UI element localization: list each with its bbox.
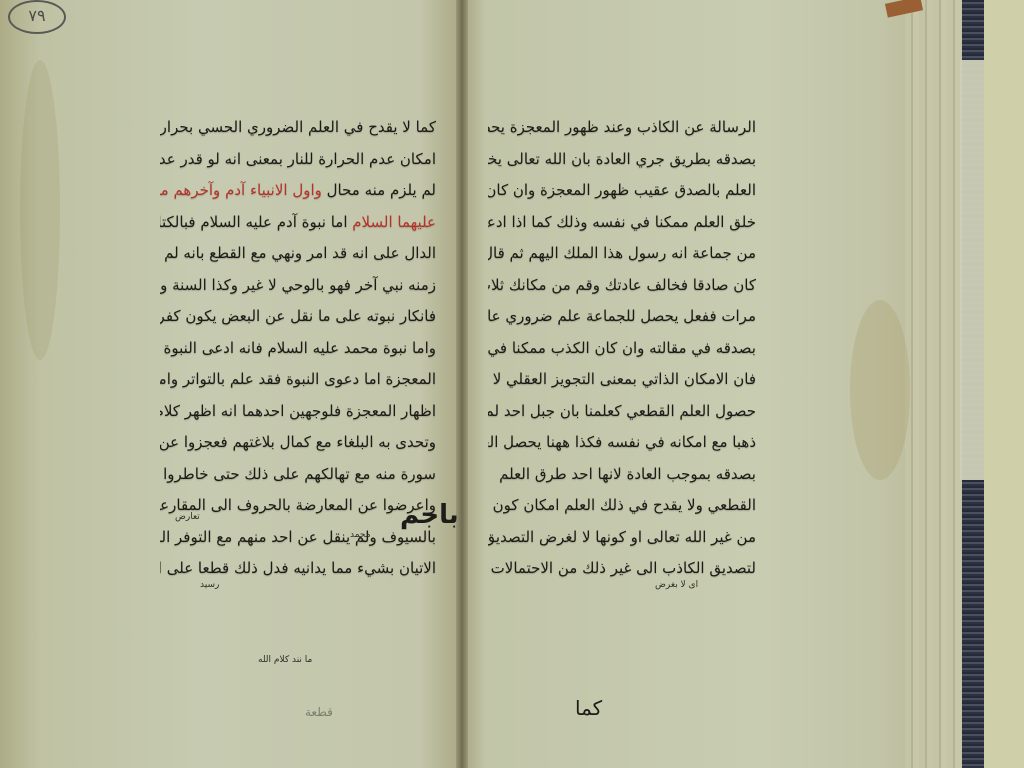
faint-marking: قطعة (305, 705, 333, 719)
marginal-glyph: باجم (400, 500, 459, 530)
text-line: واعرضوا عن المعارضة بالحروف الى المقارعة (160, 490, 436, 522)
manuscript-photo: ٧٩ كما لا يقدح في العلم الضروري الحسي بح… (0, 0, 1024, 768)
back-board (984, 0, 1024, 768)
right-page-text: الرسالة عن الكاذب وعند ظهور المعجزة يحصل… (488, 112, 756, 585)
text-line: بصدقه في مقالته وان كان الكذب ممكنا في ن… (488, 333, 756, 365)
text-line: ذهبا مع امكانه في نفسه فكذا ههنا يحصل ال… (488, 427, 756, 459)
text-line: مرات ففعل يحصل للجماعة علم ضروري عادي (488, 301, 756, 333)
page-edges (905, 0, 965, 768)
left-page-text: كما لا يقدح في العلم الضروري الحسي بحرار… (160, 112, 436, 585)
text-line: القطعي ولا يقدح في ذلك العلم امكان كون ا… (488, 490, 756, 522)
water-stain (20, 60, 60, 360)
text-line: فانكار نبوته على ما نقل عن البعض يكون كف… (160, 301, 436, 333)
text-line: المعجزة اما دعوى النبوة فقد علم بالتواتر… (160, 364, 436, 396)
text-line: كما لا يقدح في العلم الضروري الحسي بحرار… (160, 112, 436, 144)
rubric-text: عليهما السلام (352, 213, 436, 231)
margin-note: اى لا بغرض (655, 580, 698, 590)
text-line: بصدقه بطريق جري العادة بان الله تعالى يخ… (488, 144, 756, 176)
text-line: خلق العلم ممكنا في نفسه وذلك كما اذا ادع… (488, 207, 756, 239)
catchword: كما (575, 696, 602, 720)
text-line: الدال على انه قد امر ونهي مع القطع بانه … (160, 238, 436, 270)
margin-note: رسيد (200, 580, 219, 590)
text-line: من غير الله تعالى او كونها لا لغرض التصد… (488, 522, 756, 554)
text-line: الرسالة عن الكاذب وعند ظهور المعجزة يحصل… (488, 112, 756, 144)
text-line: واما نبوة محمد عليه السلام فانه ادعى الن… (160, 333, 436, 365)
folio-number: ٧٩ (8, 0, 66, 34)
text-line: فان الامكان الذاتي بمعنى التجويز العقلي … (488, 364, 756, 396)
text-line: سورة منه مع تهالكهم على ذلك حتى خاطروا ب… (160, 459, 436, 491)
water-stain (850, 300, 910, 480)
text-line: حصول العلم القطعي كعلمنا بان جبل احد لم … (488, 396, 756, 428)
margin-note: تعارض (175, 512, 200, 522)
text-line: كان صادقا فخالف عادتك وقم من مكانك ثلاث (488, 270, 756, 302)
text-line: لتصديق الكاذب الى غير ذلك من الاحتمالات (488, 553, 756, 585)
margin-note: محمد (350, 530, 371, 540)
text-line: بصدقه بموجب العادة لانها احد طرق العلم (488, 459, 756, 491)
margin-note: ما نند كلام الله (258, 655, 312, 665)
text-line: العلم بالصدق عقيب ظهور المعجزة وان كان ع… (488, 175, 756, 207)
text-line: بالسيوف ولم ينقل عن احد منهم مع التوفر ا… (160, 522, 436, 554)
text-line: عليهما السلام اما نبوة آدم عليه السلام ف… (160, 207, 436, 239)
book-gutter (456, 0, 468, 768)
text-line: امكان عدم الحرارة للنار بمعنى انه لو قدر… (160, 144, 436, 176)
text-line: من جماعة انه رسول هذا الملك اليهم ثم قال… (488, 238, 756, 270)
rubric-text: واول الانبياء آدم وآخرهم محمد (160, 181, 322, 199)
text-line: زمنه نبي آخر فهو بالوحي لا غير وكذا السن… (160, 270, 436, 302)
text-line: اظهار المعجزة فلوجهين احدهما انه اظهر كل… (160, 396, 436, 428)
text-line: وتحدى به البلغاء مع كمال بلاغتهم فعجزوا … (160, 427, 436, 459)
text-line: لم يلزم منه محال واول الانبياء آدم وآخره… (160, 175, 436, 207)
